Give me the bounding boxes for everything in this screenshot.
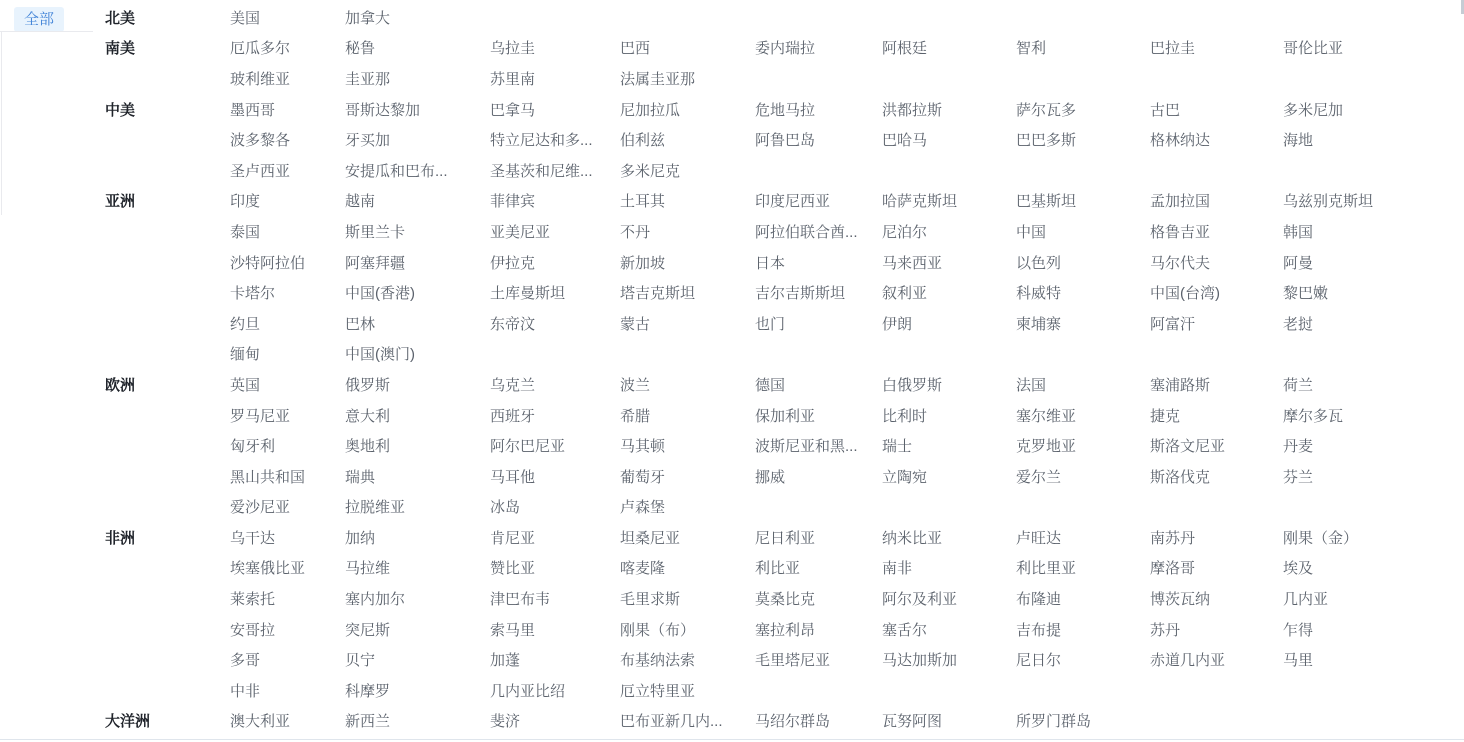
region-row: 缅甸中国(澳门): [105, 339, 1464, 370]
country-option[interactable]: 利比里亚: [1016, 557, 1150, 578]
country-option[interactable]: 尼加拉瓜: [620, 99, 755, 120]
country-option[interactable]: 加蓬: [490, 649, 620, 670]
country-option[interactable]: 乌拉圭: [490, 37, 620, 58]
country-option[interactable]: 突尼斯: [345, 619, 490, 640]
country-option[interactable]: 中国(澳门): [345, 343, 490, 364]
country-option[interactable]: 厄瓜多尔: [230, 37, 345, 58]
region-row: 埃塞俄比亚马拉维赞比亚喀麦隆利比亚南非利比里亚摩洛哥埃及: [105, 553, 1464, 584]
country-option[interactable]: 所罗门群岛: [1016, 710, 1150, 731]
country-option[interactable]: 柬埔寨: [1016, 313, 1150, 334]
divider-under-all-button: [0, 31, 93, 32]
country-option[interactable]: 印度: [230, 190, 345, 211]
country-option[interactable]: 刚果（金）: [1283, 527, 1464, 548]
country-option[interactable]: 挪威: [755, 466, 882, 487]
country-option[interactable]: 加拿大: [345, 7, 490, 28]
country-option[interactable]: 黑山共和国: [230, 466, 345, 487]
country-option[interactable]: 马里: [1283, 649, 1464, 670]
country-option[interactable]: 马其顿: [620, 435, 755, 456]
region-label: 北美: [105, 7, 230, 28]
country-option[interactable]: 卢旺达: [1016, 527, 1150, 548]
country-option[interactable]: 波兰: [620, 374, 755, 395]
country-option[interactable]: 韩国: [1283, 221, 1464, 242]
country-option[interactable]: 卡塔尔: [230, 282, 345, 303]
country-option[interactable]: 乍得: [1283, 619, 1464, 640]
country-option[interactable]: 圭亚那: [345, 68, 490, 89]
country-option[interactable]: 以色列: [1016, 252, 1150, 273]
country-option[interactable]: 印度尼西亚: [755, 190, 882, 211]
country-option[interactable]: 亚美尼亚: [490, 221, 620, 242]
country-option[interactable]: 洪都拉斯: [882, 99, 1016, 120]
country-option[interactable]: 萨尔瓦多: [1016, 99, 1150, 120]
country-option[interactable]: 澳大利亚: [230, 710, 345, 731]
country-option[interactable]: 安提瓜和巴布...: [345, 160, 490, 181]
country-option[interactable]: 莱索托: [230, 588, 345, 609]
country-option[interactable]: 中国(台湾): [1150, 282, 1283, 303]
country-option[interactable]: 中非: [230, 680, 345, 701]
country-option[interactable]: 瑞典: [345, 466, 490, 487]
region-row: 南美厄瓜多尔秘鲁乌拉圭巴西委内瑞拉阿根廷智利巴拉圭哥伦比亚: [105, 33, 1464, 64]
country-option[interactable]: 马来西亚: [882, 252, 1016, 273]
country-option[interactable]: 波多黎各: [230, 129, 345, 150]
country-option[interactable]: 塞内加尔: [345, 588, 490, 609]
country-option[interactable]: 埃及: [1283, 557, 1464, 578]
region-row: 卡塔尔中国(香港)土库曼斯坦塔吉克斯坦吉尔吉斯斯坦叙利亚科威特中国(台湾)黎巴嫩: [105, 277, 1464, 308]
country-option[interactable]: 格鲁吉亚: [1150, 221, 1283, 242]
country-option[interactable]: 冰岛: [490, 496, 620, 517]
country-option[interactable]: 巴拿马: [490, 99, 620, 120]
country-option[interactable]: 圣基茨和尼维...: [490, 160, 620, 181]
country-option[interactable]: 塞舌尔: [882, 619, 1016, 640]
country-option[interactable]: 德国: [755, 374, 882, 395]
country-option[interactable]: 南非: [882, 557, 1016, 578]
country-option[interactable]: 圣卢西亚: [230, 160, 345, 181]
country-option[interactable]: 尼泊尔: [882, 221, 1016, 242]
country-region-filter-screen: 全部 北美美国加拿大南美厄瓜多尔秘鲁乌拉圭巴西委内瑞拉阿根廷智利巴拉圭哥伦比亚玻…: [0, 0, 1464, 742]
country-option[interactable]: 爱沙尼亚: [230, 496, 345, 517]
country-option[interactable]: 格林纳达: [1150, 129, 1283, 150]
country-option[interactable]: 海地: [1283, 129, 1464, 150]
country-option[interactable]: 阿塞拜疆: [345, 252, 490, 273]
region-label: 中美: [105, 99, 230, 120]
country-option[interactable]: 毛里求斯: [620, 588, 755, 609]
country-option[interactable]: 莫桑比克: [755, 588, 882, 609]
country-option[interactable]: 沙特阿拉伯: [230, 252, 345, 273]
country-option[interactable]: 索马里: [490, 619, 620, 640]
country-option[interactable]: 肯尼亚: [490, 527, 620, 548]
country-option[interactable]: 刚果（布）: [620, 619, 755, 640]
country-option[interactable]: 罗马尼亚: [230, 405, 345, 426]
country-option[interactable]: 危地马拉: [755, 99, 882, 120]
country-option[interactable]: 马绍尔群岛: [755, 710, 882, 731]
country-option[interactable]: 多哥: [230, 649, 345, 670]
country-option[interactable]: 阿尔巴尼亚: [490, 435, 620, 456]
country-option[interactable]: 加纳: [345, 527, 490, 548]
country-option[interactable]: 越南: [345, 190, 490, 211]
country-option[interactable]: 坦桑尼亚: [620, 527, 755, 548]
country-option[interactable]: 苏丹: [1150, 619, 1283, 640]
region-row: 圣卢西亚安提瓜和巴布...圣基茨和尼维...多米尼克: [105, 155, 1464, 186]
country-option[interactable]: 比利时: [882, 405, 1016, 426]
country-option[interactable]: 伊朗: [882, 313, 1016, 334]
country-option[interactable]: 黎巴嫩: [1283, 282, 1464, 303]
country-option[interactable]: 苏里南: [490, 68, 620, 89]
region-row: 非洲乌干达加纳肯尼亚坦桑尼亚尼日利亚纳米比亚卢旺达南苏丹刚果（金）: [105, 522, 1464, 553]
country-option[interactable]: 科威特: [1016, 282, 1150, 303]
country-option[interactable]: 瓦努阿图: [882, 710, 1016, 731]
country-option[interactable]: 毛里塔尼亚: [755, 649, 882, 670]
country-option[interactable]: 马尔代夫: [1150, 252, 1283, 273]
country-option[interactable]: 保加利亚: [755, 405, 882, 426]
country-option[interactable]: 阿拉伯联合酋...: [755, 221, 882, 242]
region-label: 亚洲: [105, 190, 230, 211]
country-option[interactable]: 乌兹别克斯坦: [1283, 190, 1464, 211]
country-option[interactable]: 巴哈马: [882, 129, 1016, 150]
region-row: 大洋洲澳大利亚新西兰斐济巴布亚新几内...马绍尔群岛瓦努阿图所罗门群岛: [105, 706, 1464, 737]
country-option[interactable]: 法国: [1016, 374, 1150, 395]
country-option[interactable]: 古巴: [1150, 99, 1283, 120]
country-option[interactable]: 牙买加: [345, 129, 490, 150]
country-option[interactable]: 尼日利亚: [755, 527, 882, 548]
country-option[interactable]: 尼日尔: [1016, 649, 1150, 670]
country-option[interactable]: 中国(香港): [345, 282, 490, 303]
country-option[interactable]: 英国: [230, 374, 345, 395]
country-option[interactable]: 新加坡: [620, 252, 755, 273]
country-option[interactable]: 孟加拉国: [1150, 190, 1283, 211]
country-option[interactable]: 纳米比亚: [882, 527, 1016, 548]
country-option[interactable]: 立陶宛: [882, 466, 1016, 487]
region-row: 玻利维亚圭亚那苏里南法属圭亚那: [105, 63, 1464, 94]
country-option[interactable]: 喀麦隆: [620, 557, 755, 578]
country-option[interactable]: 克罗地亚: [1016, 435, 1150, 456]
country-option[interactable]: 哥斯达黎加: [345, 99, 490, 120]
region-row: 亚洲印度越南菲律宾土耳其印度尼西亚哈萨克斯坦巴基斯坦孟加拉国乌兹别克斯坦: [105, 186, 1464, 217]
country-option[interactable]: 法属圭亚那: [620, 68, 755, 89]
region-grid: 北美美国加拿大南美厄瓜多尔秘鲁乌拉圭巴西委内瑞拉阿根廷智利巴拉圭哥伦比亚玻利维亚…: [105, 2, 1464, 736]
region-row: 黑山共和国瑞典马耳他葡萄牙挪威立陶宛爱尔兰斯洛伐克芬兰: [105, 461, 1464, 492]
country-option[interactable]: 博茨瓦纳: [1150, 588, 1283, 609]
region-row: 中非科摩罗几内亚比绍厄立特里亚: [105, 675, 1464, 706]
country-option[interactable]: 阿富汗: [1150, 313, 1283, 334]
page-left-border: [1, 31, 2, 215]
country-option[interactable]: 特立尼达和多...: [490, 129, 620, 150]
country-option[interactable]: 阿鲁巴岛: [755, 129, 882, 150]
country-option[interactable]: 阿根廷: [882, 37, 1016, 58]
country-option[interactable]: 爱尔兰: [1016, 466, 1150, 487]
country-option[interactable]: 拉脱维亚: [345, 496, 490, 517]
region-row: 匈牙利奥地利阿尔巴尼亚马其顿波斯尼亚和黑...瑞士克罗地亚斯洛文尼亚丹麦: [105, 430, 1464, 461]
country-option[interactable]: 巴巴多斯: [1016, 129, 1150, 150]
country-option[interactable]: 希腊: [620, 405, 755, 426]
country-option[interactable]: 伊拉克: [490, 252, 620, 273]
country-option[interactable]: 赤道几内亚: [1150, 649, 1283, 670]
region-row: 波多黎各牙买加特立尼达和多...伯利兹阿鲁巴岛巴哈马巴巴多斯格林纳达海地: [105, 124, 1464, 155]
country-option[interactable]: 巴布亚新几内...: [620, 710, 755, 731]
country-option[interactable]: 中国: [1016, 221, 1150, 242]
country-option[interactable]: 多米尼克: [620, 160, 755, 181]
country-option[interactable]: 也门: [755, 313, 882, 334]
region-row: 罗马尼亚意大利西班牙希腊保加利亚比利时塞尔维亚捷克摩尔多瓦: [105, 400, 1464, 431]
country-option[interactable]: 卢森堡: [620, 496, 755, 517]
country-option[interactable]: 美国: [230, 7, 345, 28]
country-option[interactable]: 斯洛文尼亚: [1150, 435, 1283, 456]
country-option[interactable]: 摩洛哥: [1150, 557, 1283, 578]
country-option[interactable]: 塔吉克斯坦: [620, 282, 755, 303]
region-row: 欧洲英国俄罗斯乌克兰波兰德国白俄罗斯法国塞浦路斯荷兰: [105, 369, 1464, 400]
country-option[interactable]: 伯利兹: [620, 129, 755, 150]
country-option[interactable]: 阿尔及利亚: [882, 588, 1016, 609]
country-option[interactable]: 赞比亚: [490, 557, 620, 578]
country-option[interactable]: 玻利维亚: [230, 68, 345, 89]
country-option[interactable]: 塞拉利昂: [755, 619, 882, 640]
country-option[interactable]: 塞尔维亚: [1016, 405, 1150, 426]
country-option[interactable]: 斯洛伐克: [1150, 466, 1283, 487]
country-option[interactable]: 贝宁: [345, 649, 490, 670]
country-option[interactable]: 马拉维: [345, 557, 490, 578]
country-option[interactable]: 不丹: [620, 221, 755, 242]
country-option[interactable]: 新西兰: [345, 710, 490, 731]
country-option[interactable]: 丹麦: [1283, 435, 1464, 456]
country-option[interactable]: 西班牙: [490, 405, 620, 426]
country-option[interactable]: 埃塞俄比亚: [230, 557, 345, 578]
country-option[interactable]: 意大利: [345, 405, 490, 426]
country-option[interactable]: 荷兰: [1283, 374, 1464, 395]
country-option[interactable]: 塞浦路斯: [1150, 374, 1283, 395]
region-row: 约旦巴林东帝汶蒙古也门伊朗柬埔寨阿富汗老挝: [105, 308, 1464, 339]
country-option[interactable]: 匈牙利: [230, 435, 345, 456]
country-option[interactable]: 土库曼斯坦: [490, 282, 620, 303]
country-option[interactable]: 奥地利: [345, 435, 490, 456]
country-option[interactable]: 多米尼加: [1283, 99, 1464, 120]
country-option[interactable]: 蒙古: [620, 313, 755, 334]
country-option[interactable]: 智利: [1016, 37, 1150, 58]
country-option[interactable]: 白俄罗斯: [882, 374, 1016, 395]
country-option[interactable]: 巴林: [345, 313, 490, 334]
country-option[interactable]: 委内瑞拉: [755, 37, 882, 58]
region-row: 多哥贝宁加蓬布基纳法索毛里塔尼亚马达加斯加尼日尔赤道几内亚马里: [105, 644, 1464, 675]
country-option[interactable]: 葡萄牙: [620, 466, 755, 487]
country-option[interactable]: 俄罗斯: [345, 374, 490, 395]
country-option[interactable]: 几内亚: [1283, 588, 1464, 609]
country-option[interactable]: 日本: [755, 252, 882, 273]
country-option[interactable]: 斐济: [490, 710, 620, 731]
country-option[interactable]: 东帝汶: [490, 313, 620, 334]
country-option[interactable]: 哈萨克斯坦: [882, 190, 1016, 211]
country-option[interactable]: 津巴布韦: [490, 588, 620, 609]
country-option[interactable]: 缅甸: [230, 343, 345, 364]
country-option[interactable]: 捷克: [1150, 405, 1283, 426]
country-option[interactable]: 乌干达: [230, 527, 345, 548]
country-option[interactable]: 斯里兰卡: [345, 221, 490, 242]
country-option[interactable]: 乌克兰: [490, 374, 620, 395]
region-row: 泰国斯里兰卡亚美尼亚不丹阿拉伯联合酋...尼泊尔中国格鲁吉亚韩国: [105, 216, 1464, 247]
country-option[interactable]: 厄立特里亚: [620, 680, 755, 701]
region-label: 欧洲: [105, 374, 230, 395]
country-option[interactable]: 吉布提: [1016, 619, 1150, 640]
country-option[interactable]: 科摩罗: [345, 680, 490, 701]
country-option[interactable]: 老挝: [1283, 313, 1464, 334]
country-option[interactable]: 瑞士: [882, 435, 1016, 456]
country-option[interactable]: 安哥拉: [230, 619, 345, 640]
country-option[interactable]: 墨西哥: [230, 99, 345, 120]
all-filter-button[interactable]: 全部: [14, 7, 64, 32]
country-option[interactable]: 布基纳法索: [620, 649, 755, 670]
country-option[interactable]: 哥伦比亚: [1283, 37, 1464, 58]
country-option[interactable]: 土耳其: [620, 190, 755, 211]
country-option[interactable]: 泰国: [230, 221, 345, 242]
country-dropdown-panel: 北美美国加拿大南美厄瓜多尔秘鲁乌拉圭巴西委内瑞拉阿根廷智利巴拉圭哥伦比亚玻利维亚…: [93, 0, 1464, 739]
country-option[interactable]: 巴基斯坦: [1016, 190, 1150, 211]
region-row: 北美美国加拿大: [105, 2, 1464, 33]
region-row: 安哥拉突尼斯索马里刚果（布）塞拉利昂塞舌尔吉布提苏丹乍得: [105, 614, 1464, 645]
region-label: 大洋洲: [105, 710, 230, 731]
country-option[interactable]: 秘鲁: [345, 37, 490, 58]
country-option[interactable]: 巴拉圭: [1150, 37, 1283, 58]
country-option[interactable]: 芬兰: [1283, 466, 1464, 487]
country-option[interactable]: 波斯尼亚和黑...: [755, 435, 882, 456]
country-option[interactable]: 吉尔吉斯斯坦: [755, 282, 882, 303]
country-option[interactable]: 南苏丹: [1150, 527, 1283, 548]
country-option[interactable]: 巴西: [620, 37, 755, 58]
country-option[interactable]: 菲律宾: [490, 190, 620, 211]
region-row: 爱沙尼亚拉脱维亚冰岛卢森堡: [105, 492, 1464, 523]
bottom-divider: [0, 739, 1464, 740]
country-option[interactable]: 几内亚比绍: [490, 680, 620, 701]
region-row: 沙特阿拉伯阿塞拜疆伊拉克新加坡日本马来西亚以色列马尔代夫阿曼: [105, 247, 1464, 278]
country-option[interactable]: 布隆迪: [1016, 588, 1150, 609]
country-option[interactable]: 约旦: [230, 313, 345, 334]
country-option[interactable]: 摩尔多瓦: [1283, 405, 1464, 426]
region-row: 中美墨西哥哥斯达黎加巴拿马尼加拉瓜危地马拉洪都拉斯萨尔瓦多古巴多米尼加: [105, 94, 1464, 125]
country-option[interactable]: 利比亚: [755, 557, 882, 578]
region-label: 非洲: [105, 527, 230, 548]
country-option[interactable]: 阿曼: [1283, 252, 1464, 273]
region-label: 南美: [105, 37, 230, 58]
country-option[interactable]: 马达加斯加: [882, 649, 1016, 670]
country-option[interactable]: 叙利亚: [882, 282, 1016, 303]
country-option[interactable]: 马耳他: [490, 466, 620, 487]
region-row: 莱索托塞内加尔津巴布韦毛里求斯莫桑比克阿尔及利亚布隆迪博茨瓦纳几内亚: [105, 583, 1464, 614]
